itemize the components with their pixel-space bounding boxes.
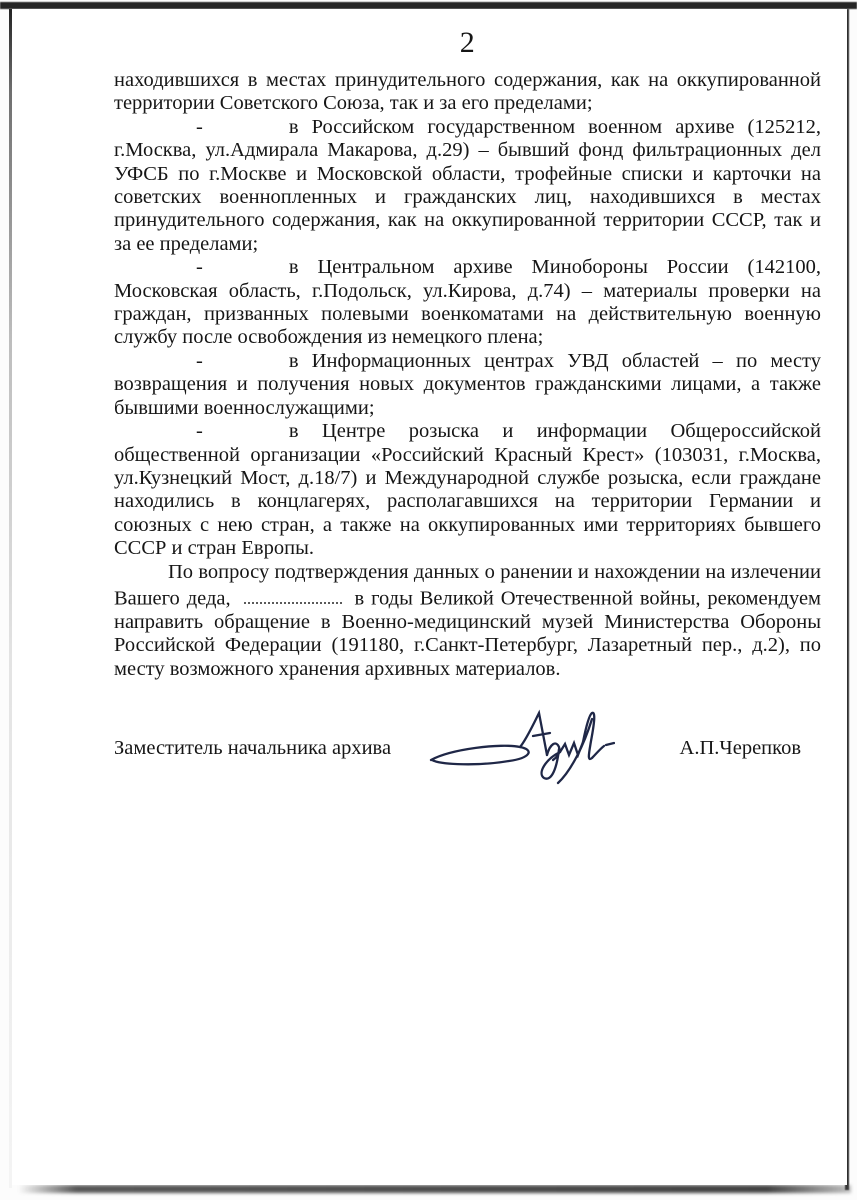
document-page: 2 находившихся в местах принудительного … (12, 9, 847, 1185)
tab-spacer (203, 272, 289, 273)
signatory-title: Заместитель начальника архива (114, 737, 391, 760)
list-dash: - (196, 256, 203, 278)
paragraph-text: в Центральном архиве Минобороны России (… (114, 256, 821, 348)
paragraph-text: в Информационных центрах УВД областей – … (114, 350, 821, 419)
paragraph-continuation: находившихся в местах принудительного со… (114, 69, 821, 116)
list-item-central-archive: -в Центральном архиве Минобороны России … (114, 256, 821, 350)
list-dash: - (196, 116, 203, 138)
signatory-name: А.П.Черепков (680, 737, 801, 760)
letter-body: находившихся в местах принудительного со… (114, 69, 821, 681)
letter-content: 2 находившихся в местах принудительного … (12, 29, 847, 839)
signature-icon (425, 697, 615, 792)
list-item-uvd-centers: -в Информационных центрах УВД областей –… (114, 350, 821, 420)
indent-spacer (114, 577, 168, 578)
paragraph-text: в Российском государственном военном арх… (114, 116, 821, 255)
list-item-military-archive: -в Российском государственном военном ар… (114, 116, 821, 256)
paragraph-text: находившихся в местах принудительного со… (114, 69, 821, 114)
list-item-red-cross: -в Центре розыска и информации Общеросси… (114, 420, 821, 560)
scan-edge-top (0, 2, 857, 9)
indent-spacer (114, 272, 196, 273)
list-dash: - (196, 350, 203, 372)
indent-spacer (114, 132, 196, 133)
paragraph-text: в Центре розыска и информации Общероссий… (114, 420, 821, 559)
indent-spacer (114, 366, 196, 367)
indent-spacer (114, 436, 196, 437)
tab-spacer (203, 132, 289, 133)
tab-spacer (203, 366, 289, 367)
signature-block: Заместитель начальника архива (114, 729, 821, 839)
redacted-name-line (244, 584, 342, 604)
scan-edge-bottom (18, 1185, 851, 1193)
paragraph-closing: По вопросу подтверждения данных о ранени… (114, 561, 821, 681)
page-number: 2 (114, 29, 821, 57)
tab-spacer (203, 436, 289, 437)
list-dash: - (196, 420, 203, 442)
